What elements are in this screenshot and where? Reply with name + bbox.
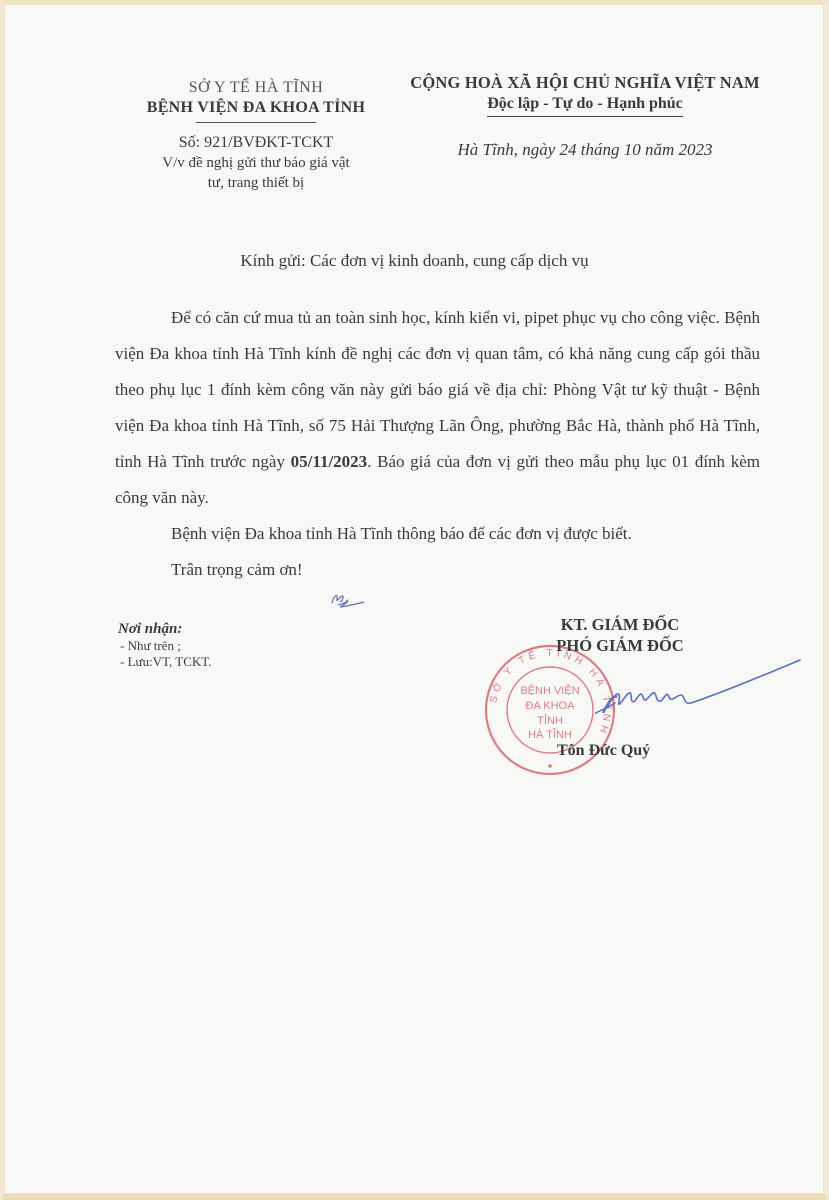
letter-body: Để có căn cứ mua tủ an toàn sinh học, kí…	[115, 300, 760, 588]
subject-line-1: V/v đề nghị gửi thư báo giá vật	[118, 153, 394, 173]
closing-line: Trân trọng cảm ơn!	[115, 552, 760, 588]
hospital-name: BỆNH VIỆN ĐA KHOA TỈNH	[118, 98, 394, 118]
recipient-line: Kính gửi: Các đơn vị kinh doanh, cung cấ…	[0, 251, 829, 271]
body-paragraph-2: Bệnh viện Đa khoa tỉnh Hà Tĩnh thông báo…	[115, 516, 760, 552]
handwritten-signature-icon	[595, 655, 805, 735]
national-header: CỘNG HOÀ XÃ HỘI CHỦ NGHĨA VIỆT NAM Độc l…	[380, 72, 790, 161]
issuing-agency-header: SỞ Y TẾ HÀ TĨNH BỆNH VIỆN ĐA KHOA TỈNH S…	[118, 78, 394, 193]
signer-name: Tôn Đức Quý	[557, 742, 650, 760]
national-motto: Độc lập - Tự do - Hạnh phúc	[487, 94, 683, 117]
distribution-label: Nơi nhận:	[118, 620, 212, 638]
deadline-date: 05/11/2023	[291, 452, 368, 471]
document-number: Số: 921/BVĐKT-TCKT	[118, 133, 394, 153]
handwritten-initials-icon	[328, 587, 368, 609]
signature-block: KT. GIÁM ĐỐC PHÓ GIÁM ĐỐC	[500, 614, 740, 656]
distribution-item: - Lưu:VT, TCKT.	[118, 654, 212, 670]
svg-text:ĐA KHOA: ĐA KHOA	[526, 700, 576, 712]
ministry-name: SỞ Y TẾ HÀ TĨNH	[118, 78, 394, 98]
paper-edge-left	[0, 0, 3, 1200]
svg-text:BỆNH VIỆN: BỆNH VIỆN	[520, 684, 579, 697]
svg-text:HÀ TĨNH: HÀ TĨNH	[528, 728, 572, 741]
signer-title-1: KT. GIÁM ĐỐC	[500, 614, 740, 635]
signer-title-2: PHÓ GIÁM ĐỐC	[500, 635, 740, 656]
subject-line-2: tư, trang thiết bị	[118, 173, 394, 193]
distribution-item: - Như trên ;	[118, 638, 212, 654]
distribution-list: Nơi nhận: - Như trên ; - Lưu:VT, TCKT.	[118, 620, 212, 670]
svg-text:TỈNH: TỈNH	[537, 714, 563, 727]
body-paragraph-1: Để có căn cứ mua tủ an toàn sinh học, kí…	[115, 300, 760, 516]
nation-title: CỘNG HOÀ XÃ HỘI CHỦ NGHĨA VIỆT NAM	[380, 72, 790, 94]
paragraph-1-text: Để có căn cứ mua tủ an toàn sinh học, kí…	[115, 308, 760, 471]
paper-edge-top	[0, 0, 829, 4]
header-divider	[196, 122, 316, 123]
place-date: Hà Tĩnh, ngày 24 tháng 10 năm 2023	[380, 139, 790, 161]
paper-edge-bottom	[0, 1194, 829, 1200]
